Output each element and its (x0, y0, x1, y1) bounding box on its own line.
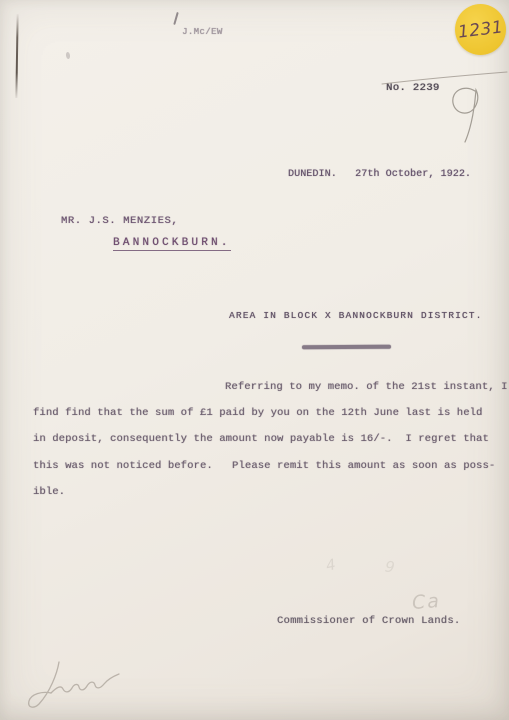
ink-smudge (66, 52, 71, 59)
faint-pencil-mark: 9 (384, 557, 396, 576)
reference-mark: J.Mc/EW (182, 27, 223, 37)
body-line: this was not noticed before. Please remi… (33, 453, 488, 479)
sticker-number: 1231 (457, 17, 504, 42)
tick-mark (173, 12, 179, 25)
body-line: Referring to my memo. of the 21st instan… (33, 374, 488, 400)
handwritten-signature (14, 642, 134, 717)
faint-pencil-mark: 4 (324, 555, 337, 575)
pencil-numeral-nine (438, 78, 498, 148)
crease-mark (15, 14, 18, 98)
typed-divider-rule (302, 345, 391, 349)
addressee-place: BANNOCKBURN. (113, 237, 231, 251)
letter-body: Referring to my memo. of the 21st instan… (33, 374, 488, 505)
scanned-letter-page: J.Mc/EW 1231 No. 2239 DUNEDIN. 27th Octo… (0, 0, 509, 720)
pencil-note: Ca (411, 590, 441, 614)
archive-sticker: 1231 (455, 4, 506, 55)
date-line: DUNEDIN. 27th October, 1922. (288, 169, 471, 180)
body-line: ible. (33, 479, 488, 505)
signoff-title: Commissioner of Crown Lands. (277, 615, 460, 627)
subject-heading: AREA IN BLOCK X BANNOCKBURN DISTRICT. (229, 310, 482, 321)
body-line: find find that the sum of £1 paid by you… (33, 400, 488, 426)
body-line: in deposit, consequently the amount now … (33, 426, 488, 452)
addressee-name: MR. J.S. MENZIES, (61, 215, 178, 227)
